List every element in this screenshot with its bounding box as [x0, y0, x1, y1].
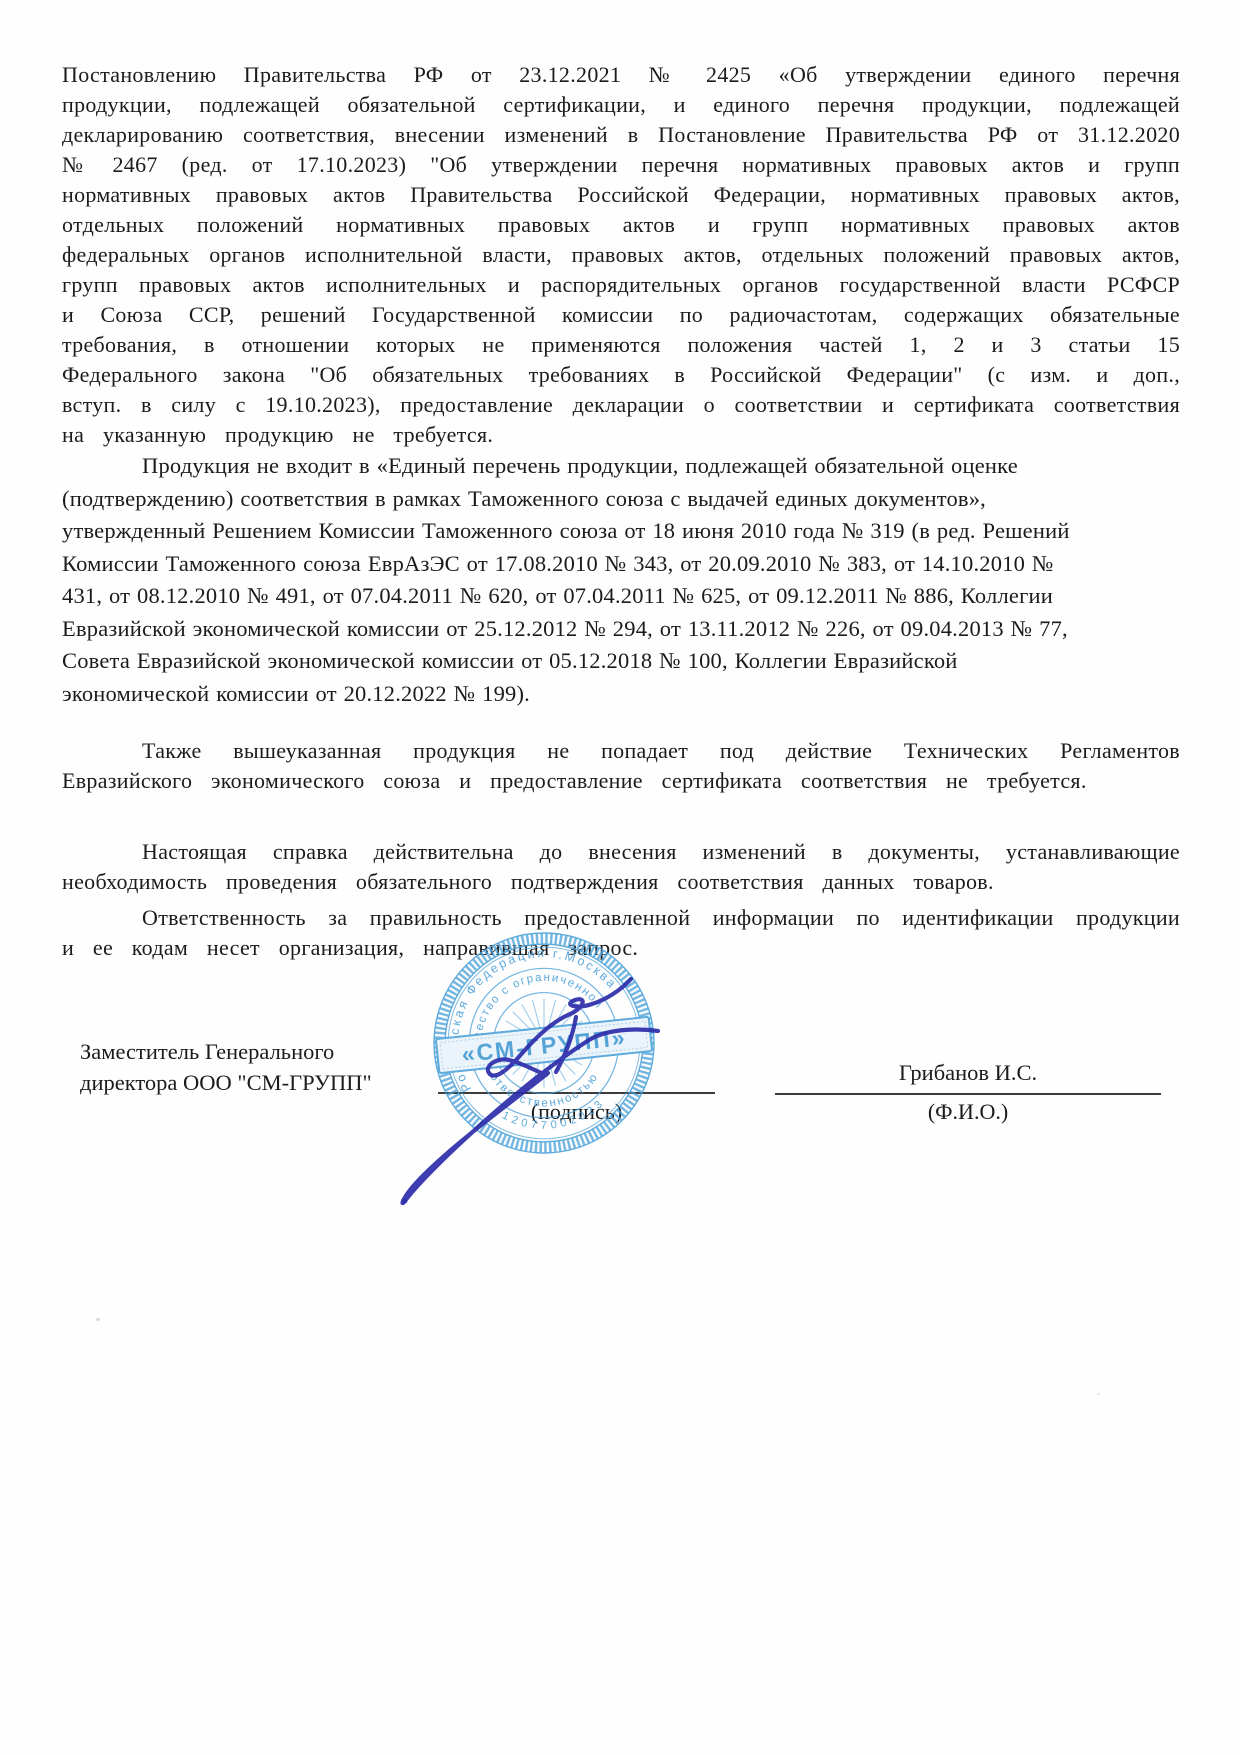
handwritten-signature	[365, 950, 665, 1220]
name-caption: (Ф.И.О.)	[775, 1099, 1161, 1125]
scan-speck	[1097, 1393, 1100, 1395]
signature-ink-blob	[403, 1199, 408, 1204]
paragraph-validity: Настоящая справка действительна до внесе…	[62, 837, 1180, 897]
name-line	[775, 1093, 1161, 1095]
paragraph-technical-regulations: Также вышеуказанная продукция не попадае…	[62, 736, 1180, 796]
signature-stroke-vertical	[556, 1017, 576, 1072]
paragraph-regulation: Постановлению Правительства РФ от 23.12.…	[62, 60, 1180, 450]
document-body: Постановлению Правительства РФ от 23.12.…	[62, 60, 1180, 963]
handwritten-signature-svg	[365, 950, 665, 1220]
paragraph-customs-union-list: Продукция не входит в «Единый перечень п…	[62, 450, 1180, 710]
signature-stroke-loop	[402, 1030, 658, 1204]
scan-speck	[96, 1318, 100, 1321]
scan-speck	[690, 880, 693, 883]
signatory-name: Грибанов И.С.	[775, 1060, 1161, 1086]
scanned-document-page: Постановлению Правительства РФ от 23.12.…	[0, 0, 1240, 1755]
